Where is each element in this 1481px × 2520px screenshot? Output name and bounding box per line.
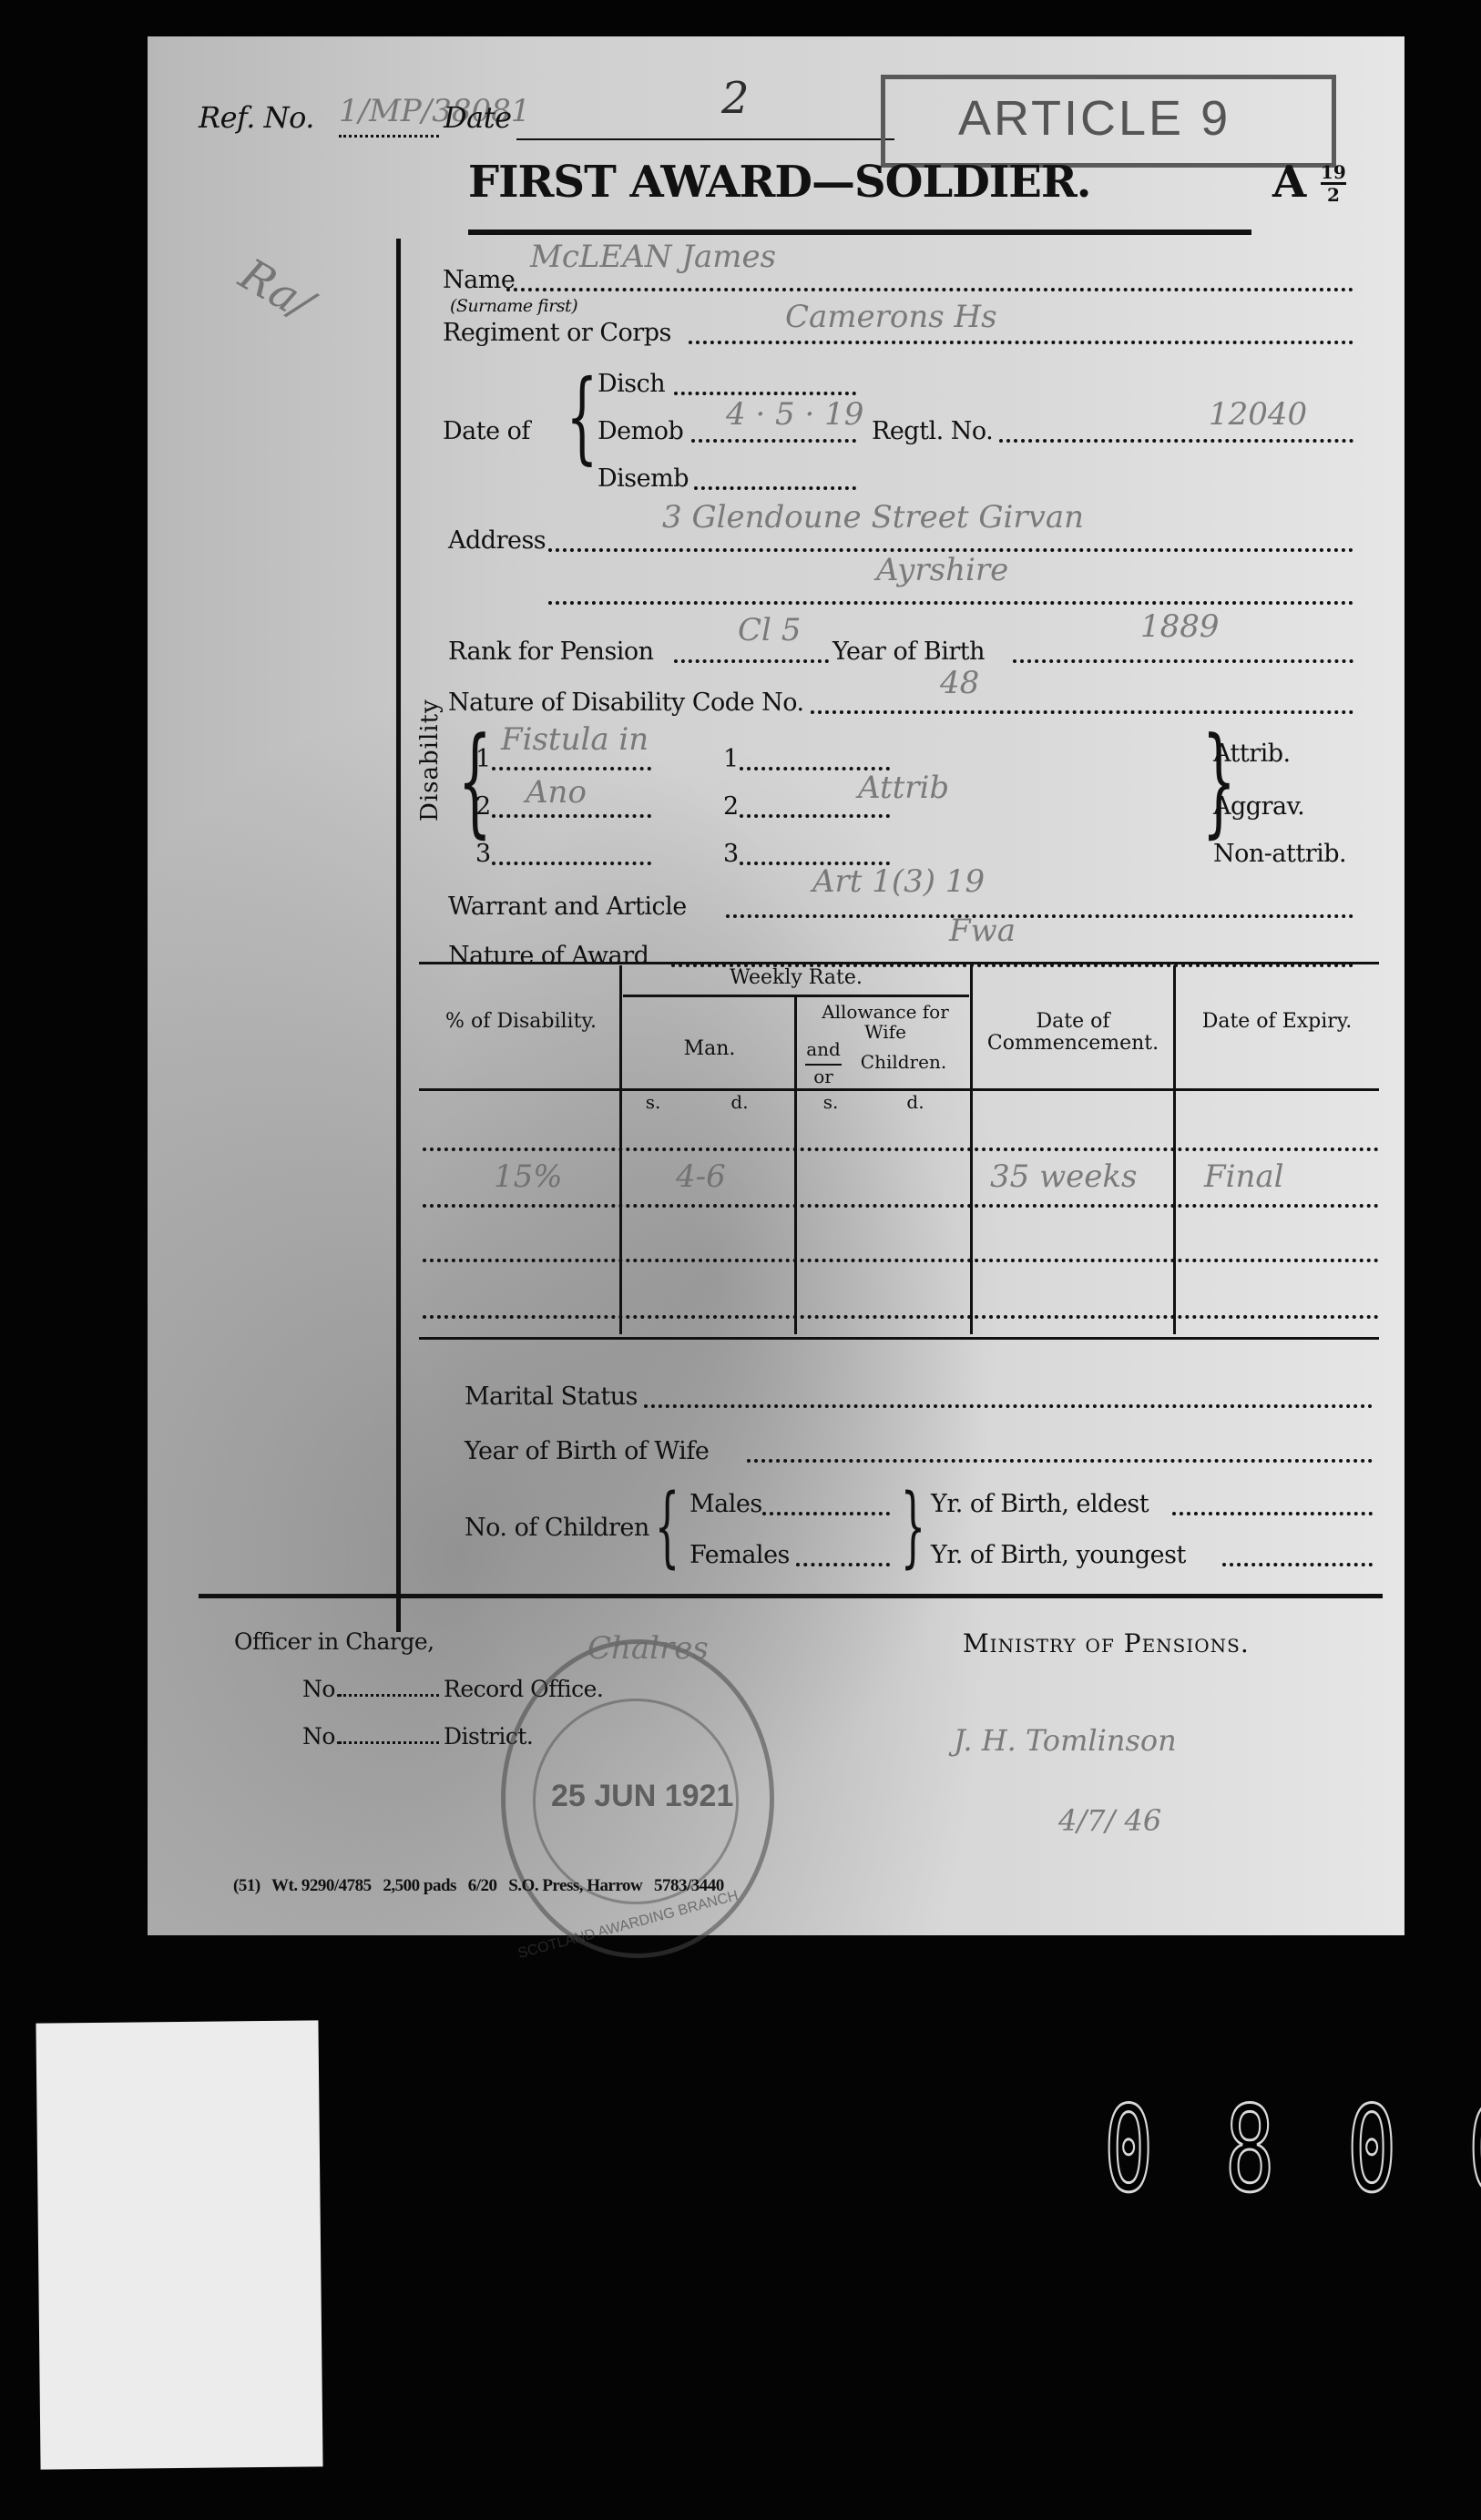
females-line (796, 1563, 890, 1566)
eldest-line (1172, 1512, 1373, 1515)
regiment-value: Camerons Hs (785, 299, 997, 335)
unit-allow-d: d. (902, 1091, 929, 1113)
yob-value: 1889 (1140, 608, 1220, 645)
regtl-value: 12040 (1209, 396, 1307, 433)
disability-left-brace: { (458, 721, 492, 840)
males-label: Males (689, 1490, 762, 1518)
table-row-man-rate: 4-6 (676, 1158, 726, 1195)
frame-counter-digit: 8 (1225, 2090, 1275, 2209)
disability-line2-2 (740, 814, 890, 818)
col-header-children: Children. (840, 1051, 967, 1073)
table-header-rule (419, 1088, 1379, 1091)
rank-line (674, 659, 829, 663)
demob-line (691, 439, 856, 443)
table-row-line-3 (423, 1259, 1379, 1262)
unit-man-d: d. (726, 1091, 753, 1113)
name-label: Name (443, 266, 515, 294)
signature: J. H. Tomlinson (954, 1723, 1177, 1758)
district-no-label: No. (302, 1723, 342, 1750)
postmark-stamp: 25 JUN 1921 SCOTLAND AWARDING BRANCH Cha… (501, 1639, 774, 1958)
demob-label: Demob (598, 417, 683, 445)
ministry-of-pensions: Ministry of Pensions. (963, 1628, 1250, 1658)
yob-line (1013, 659, 1353, 663)
article-stamp-text: ARTICLE 9 (958, 90, 1231, 147)
table-row-pct: 15% (494, 1158, 563, 1195)
children-right-brace: } (901, 1483, 925, 1570)
children-left-brace: { (655, 1483, 679, 1570)
award-value: Fwa (949, 913, 1016, 949)
disability-num-1: 1 (475, 745, 491, 773)
form-title: FIRST AWARD—SOLDIER. (468, 157, 1090, 208)
table-top-rule (419, 962, 1379, 964)
females-label: Females (689, 1541, 790, 1569)
warrant-line (726, 914, 1353, 918)
disability-value-1: Fistula in (501, 721, 649, 758)
disch-line (674, 392, 856, 395)
title-underline (468, 230, 1251, 235)
officer-label: Officer in Charge, (234, 1628, 434, 1655)
children-label: No. of Children (465, 1514, 649, 1542)
col-header-weekly: Weekly Rate. (623, 967, 969, 989)
disability-status-1: Attrib. (1213, 740, 1291, 768)
date-line (516, 138, 894, 140)
address-value-1: 3 Glendoune Street Girvan (662, 499, 1084, 536)
wife-yob-label: Year of Birth of Wife (465, 1437, 709, 1465)
form-left-rule (396, 239, 401, 1632)
disability-status-3: Non-attrib. (1213, 840, 1346, 868)
rank-label: Rank for Pension (448, 638, 654, 666)
disability-num-2: 2 (475, 792, 491, 821)
marital-status-label: Marital Status (465, 1382, 638, 1411)
frame-counter-digit: 0 (1468, 2090, 1481, 2209)
address-line-2 (548, 601, 1353, 605)
wife-yob-line (747, 1459, 1373, 1463)
regtl-label: Regtl. No. (872, 417, 993, 445)
address-value-2: Ayrshire (876, 552, 1008, 588)
signature-note: 4/7/ 46 (1058, 1803, 1161, 1838)
table-row-line-1 (423, 1148, 1379, 1151)
disability-code-label: Nature of Disability Code No. (448, 689, 804, 717)
table-row-line-2 (423, 1204, 1379, 1208)
regtl-line (999, 439, 1353, 443)
frame-counter: 0 8 0 0 (1093, 2090, 1481, 2209)
col-header-allowance: Allowance for Wife (803, 1002, 967, 1042)
col-header-expiry: Date of Expiry. (1177, 1011, 1377, 1033)
date-value: 2 (721, 73, 750, 124)
record-no-label: No. (302, 1676, 342, 1702)
disability-value-2: Ano (526, 774, 587, 811)
disability-line-3 (492, 862, 651, 865)
disability-num2-2: 2 (723, 792, 739, 821)
ref-label: Ref. No. (199, 100, 314, 135)
date-of-brace: { (567, 366, 598, 466)
postmark-date: 25 JUN 1921 (551, 1779, 733, 1814)
regiment-label: Regiment or Corps (443, 319, 671, 347)
table-row-commencement: 35 weeks (990, 1158, 1137, 1195)
disemb-line (694, 486, 856, 490)
demob-value: 4 · 5 · 19 (726, 396, 863, 433)
printer-line: (51) Wt. 9290/4785 2,500 pads 6/20 S.O. … (233, 1876, 724, 1896)
males-line (762, 1512, 890, 1515)
disability-vertical-label: Disability (416, 699, 444, 821)
disability-num-3: 3 (475, 840, 491, 868)
eldest-label: Yr. of Birth, eldest (931, 1490, 1149, 1518)
disability-num2-1: 1 (723, 745, 739, 773)
form-number-bottom: 2 (1321, 185, 1346, 205)
record-no-line (339, 1694, 439, 1697)
disch-label: Disch (598, 370, 665, 398)
disability-line-1 (492, 767, 651, 770)
table-bottom-rule (419, 1337, 1379, 1340)
col-header-and: and (805, 1038, 842, 1060)
ref-dotted-line (339, 135, 439, 138)
margin-note: Ra/ (230, 249, 321, 331)
warrant-label: Warrant and Article (448, 893, 687, 921)
date-of-label: Date of (443, 417, 530, 445)
rank-value: Cl 5 (738, 612, 801, 648)
warrant-value: Art 1(3) 19 (812, 863, 985, 900)
disability-line-2 (492, 814, 651, 818)
col-header-man: Man. (623, 1038, 796, 1060)
youngest-line (1222, 1563, 1373, 1566)
district-no-line (339, 1741, 439, 1744)
disability-num2-3: 3 (723, 840, 739, 868)
disability-code-value: 48 (940, 665, 979, 701)
youngest-label: Yr. of Birth, youngest (931, 1541, 1186, 1569)
col-header-commencement: Date of Commencement. (975, 1011, 1171, 1055)
form-code: A (1272, 157, 1306, 208)
microfilm-blank-slip (36, 2020, 322, 2469)
pension-award-form: Ref. No. 1/MP/38081 Date 2 ARTICLE 9 FIR… (148, 36, 1404, 1935)
frame-counter-digit: 0 (1104, 2090, 1154, 2209)
name-line (506, 288, 1353, 291)
table-row-line-4 (423, 1315, 1379, 1319)
stamp-handwriting: Chalres (587, 1630, 709, 1667)
regiment-line (689, 341, 1353, 344)
form-number-top: 19 (1321, 162, 1346, 185)
yob-label: Year of Birth (832, 638, 985, 666)
disability-code-line (811, 710, 1353, 714)
name-sublabel: (Surname first) (450, 296, 577, 316)
address-label: Address (448, 526, 546, 555)
article-stamp: ARTICLE 9 (881, 75, 1336, 168)
form-number-fraction: 19 2 (1321, 162, 1346, 205)
marital-status-line (644, 1404, 1373, 1408)
col-header-pct: % of Disability. (439, 1011, 603, 1033)
unit-allow-s: s. (817, 1091, 844, 1113)
frame-counter-digit: 0 (1346, 2090, 1396, 2209)
footer-rule (199, 1594, 1383, 1598)
col-header-or: or (805, 1064, 842, 1087)
disability-status-2: Aggrav. (1213, 792, 1304, 821)
disemb-label: Disemb (598, 464, 689, 493)
date-label: Date (444, 100, 512, 135)
table-row-expiry: Final (1204, 1158, 1284, 1195)
disability-value2-2: Attrib (858, 770, 949, 806)
unit-man-s: s. (639, 1091, 667, 1113)
name-value: McLEAN James (530, 239, 776, 275)
